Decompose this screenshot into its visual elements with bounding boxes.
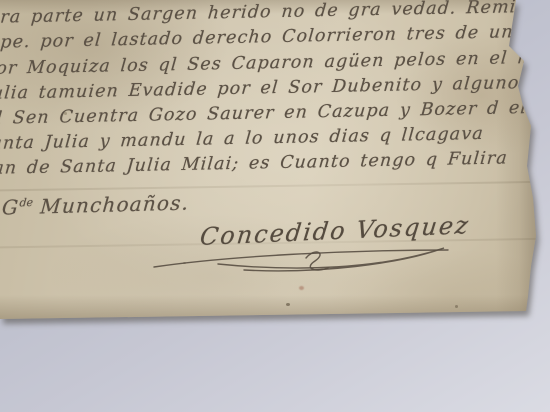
paper-crease <box>0 181 550 192</box>
age-speck <box>286 303 290 306</box>
photo-frame: uu im mu ua nu im uu ne ui stra parte un… <box>0 0 550 412</box>
age-speck <box>299 286 304 290</box>
closing-text: Munchoaños. <box>39 191 190 219</box>
signature-flourish <box>148 243 458 273</box>
closing-superscript: de <box>19 196 34 209</box>
closing-prefix: G <box>1 195 20 220</box>
manuscript-text-block: uu im mu ua nu im uu ne ui stra parte un… <box>0 0 550 183</box>
age-speck <box>455 305 458 308</box>
closing-line: Gde Munchoaños. <box>1 191 190 220</box>
